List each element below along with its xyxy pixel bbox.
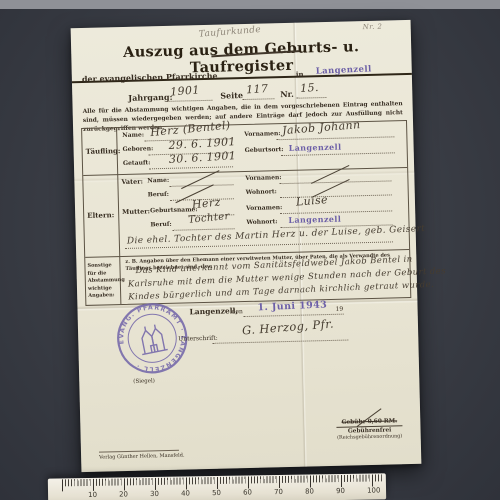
siegel-caption: (Siegel) xyxy=(133,378,155,385)
corner-number-annotation: Nr. 2 xyxy=(363,23,383,31)
signature-line xyxy=(212,340,348,344)
vornamen-label: Vornamen: xyxy=(244,130,280,138)
ruler-number: 30 xyxy=(150,490,159,498)
nr-line xyxy=(296,97,326,99)
fee-note: (Reichsgebührenordnung) xyxy=(325,433,415,441)
ruler-number: 10 xyxy=(88,491,97,499)
mutter-geburtsname-value: Herz xyxy=(191,195,221,211)
geburtsort-line xyxy=(281,152,395,156)
mutter-beruf-label: Beruf: xyxy=(150,221,171,229)
mutter-vornamen-label: Vornamen: xyxy=(246,204,282,212)
ruler-number: 70 xyxy=(274,488,283,496)
photo-top-strip xyxy=(0,0,500,9)
mutter-beruf-value: Tochter xyxy=(188,211,230,226)
mutter-vornamen-value: Luise xyxy=(295,193,328,208)
taufling-row-label: Täufling: xyxy=(86,146,121,156)
mutter-wohnort-value-stamp: Langenzell xyxy=(288,214,341,225)
ruler-number: 80 xyxy=(305,487,314,495)
ruler-cm-ticks xyxy=(62,474,382,491)
mutter-label: Mutter: xyxy=(122,207,150,216)
ruler-number: 100 xyxy=(367,486,380,494)
pencil-annotation: Taufurkunde xyxy=(198,25,261,40)
footer-den-label: den xyxy=(232,308,243,315)
date-stamp: 1. Juni 1943 xyxy=(257,299,327,313)
getauft-value: 30. 6. 1901 xyxy=(168,149,236,166)
ruler-number: 50 xyxy=(212,489,221,497)
vater-wohnort-label: Wohnort: xyxy=(246,188,277,196)
seite-line xyxy=(242,98,274,100)
footer-year-suffix: 19 xyxy=(335,306,343,313)
geboren-label: Geboren: xyxy=(123,145,154,153)
signature-value: G. Herzog, Pfr. xyxy=(242,316,335,337)
nr-label: Nr. xyxy=(280,89,294,99)
photo-scene: Taufurkunde Nr. 2 Auszug aus dem Geburts… xyxy=(0,0,500,500)
name-label: Name: xyxy=(122,131,144,139)
eltern-row-label: Eltern: xyxy=(87,210,114,220)
jahrgang-value: 1901 xyxy=(170,83,201,98)
getauft-label: Getauft: xyxy=(123,159,151,167)
vater-name-line xyxy=(170,184,234,187)
jahrgang-line xyxy=(166,100,212,102)
sonstige-row-label: Sonstige für die Abstammung wichtige Ang… xyxy=(87,262,119,300)
ruler-number: 40 xyxy=(181,489,190,497)
vornamen-line xyxy=(276,136,394,140)
seite-value: 117 xyxy=(246,82,269,96)
mutter-wohnort-label: Wohnort: xyxy=(246,218,277,226)
subtitle-in: in xyxy=(296,70,304,79)
measuring-ruler: 102030405060708090100 xyxy=(48,473,386,500)
getauft-line xyxy=(149,166,233,169)
vater-beruf-label: Beruf: xyxy=(148,191,169,199)
ruler-number: 20 xyxy=(119,490,128,498)
mutter-geburtsname-label: Geburtsname: xyxy=(150,206,198,214)
ruler-number: 90 xyxy=(336,487,345,495)
nr-value: 15. xyxy=(300,81,319,95)
geburtsort-label: Geburtsort: xyxy=(245,146,284,154)
vater-vornamen-label: Vornamen: xyxy=(245,174,281,182)
unterschrift-label: Unterschrift: xyxy=(178,335,218,343)
ruler-number: 60 xyxy=(243,488,252,496)
vater-name-label: Name: xyxy=(147,177,169,185)
printer-imprint: Verlag Günther Hellen, Mansfeld. xyxy=(99,453,185,461)
title-struck-part: Geburts- u. xyxy=(264,38,359,57)
mutter-beruf-line xyxy=(173,228,235,231)
register-form-table: Täufling: Name: Herz (Bentel) Geboren: 2… xyxy=(81,120,411,306)
document-paper: Taufurkunde Nr. 2 Auszug aus dem Geburts… xyxy=(71,20,422,472)
church-icon xyxy=(137,323,168,355)
vater-vornamen-line xyxy=(279,180,391,184)
geburtsort-value-stamp: Langenzell xyxy=(288,142,341,153)
seite-label: Seite xyxy=(220,90,243,101)
vater-label: Vater: xyxy=(121,177,143,186)
subtitle-church: der evangelischen Pfarrkirche xyxy=(82,71,218,84)
fee-block: Gebühr 0,60 RM. Gebührenfrei (Reichsgebü… xyxy=(324,418,414,441)
